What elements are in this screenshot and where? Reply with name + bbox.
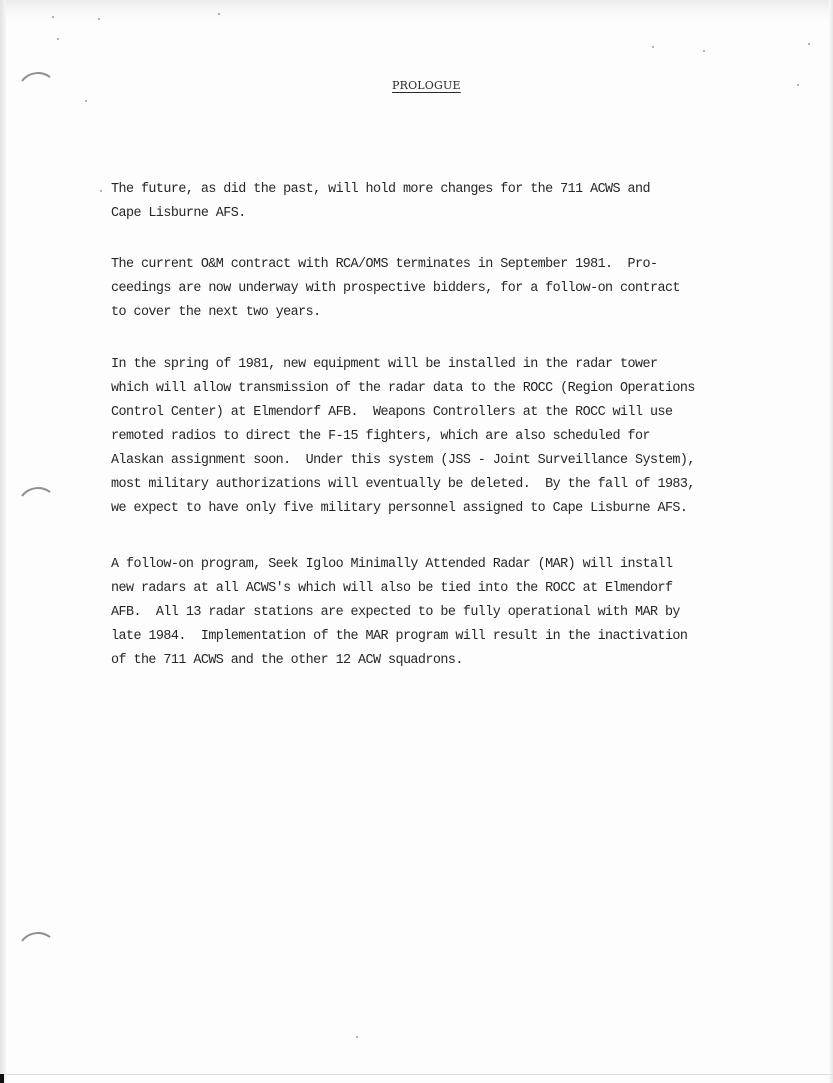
scan-speck [808, 43, 810, 45]
text-line: of the 711 ACWS and the other 12 ACW squ… [111, 649, 687, 673]
scan-speck [57, 38, 59, 40]
text-line: which will allow transmission of the rad… [111, 377, 695, 401]
text-line: AFB. All 13 radar stations are expected … [111, 601, 687, 625]
text-line: Control Center) at Elmendorf AFB. Weapon… [111, 401, 695, 425]
scan-speck [703, 50, 705, 52]
page-bottom-edge [0, 1074, 833, 1075]
text-line: ceedings are now underway with prospecti… [111, 277, 680, 301]
scanned-page: PROLOGUE The future, as did the past, wi… [0, 0, 833, 1083]
scan-speck [218, 13, 220, 15]
scan-speck [797, 84, 799, 86]
scan-speck [652, 46, 654, 48]
punch-hole-mark-middle [14, 484, 61, 531]
punch-hole-mark-bottom [14, 929, 61, 976]
scan-speck [98, 18, 100, 20]
scan-speck [100, 190, 102, 192]
text-line: Alaskan assignment soon. Under this syst… [111, 449, 695, 473]
scan-corner-artifact [0, 1074, 4, 1083]
paragraph-mar-program: A follow-on program, Seek Igloo Minimall… [111, 505, 687, 721]
punch-hole-mark-top [14, 69, 61, 116]
page-title: PROLOGUE [392, 79, 461, 92]
text-line: new radars at all ACWS's which will also… [111, 577, 687, 601]
scan-speck [52, 16, 54, 18]
text-line: remoted radios to direct the F-15 fighte… [111, 425, 695, 449]
scan-speck [85, 100, 87, 102]
text-line: most military authorizations will eventu… [111, 473, 695, 497]
page-right-edge-shadow [829, 0, 833, 1083]
text-line: In the spring of 1981, new equipment wil… [111, 353, 695, 377]
text-line: late 1984. Implementation of the MAR pro… [111, 625, 687, 649]
text-line: The future, as did the past, will hold m… [111, 178, 650, 202]
scan-speck [356, 1036, 358, 1038]
page-left-edge-shadow [0, 0, 6, 1083]
text-line: A follow-on program, Seek Igloo Minimall… [111, 553, 687, 577]
text-line: The current O&M contract with RCA/OMS te… [111, 253, 680, 277]
